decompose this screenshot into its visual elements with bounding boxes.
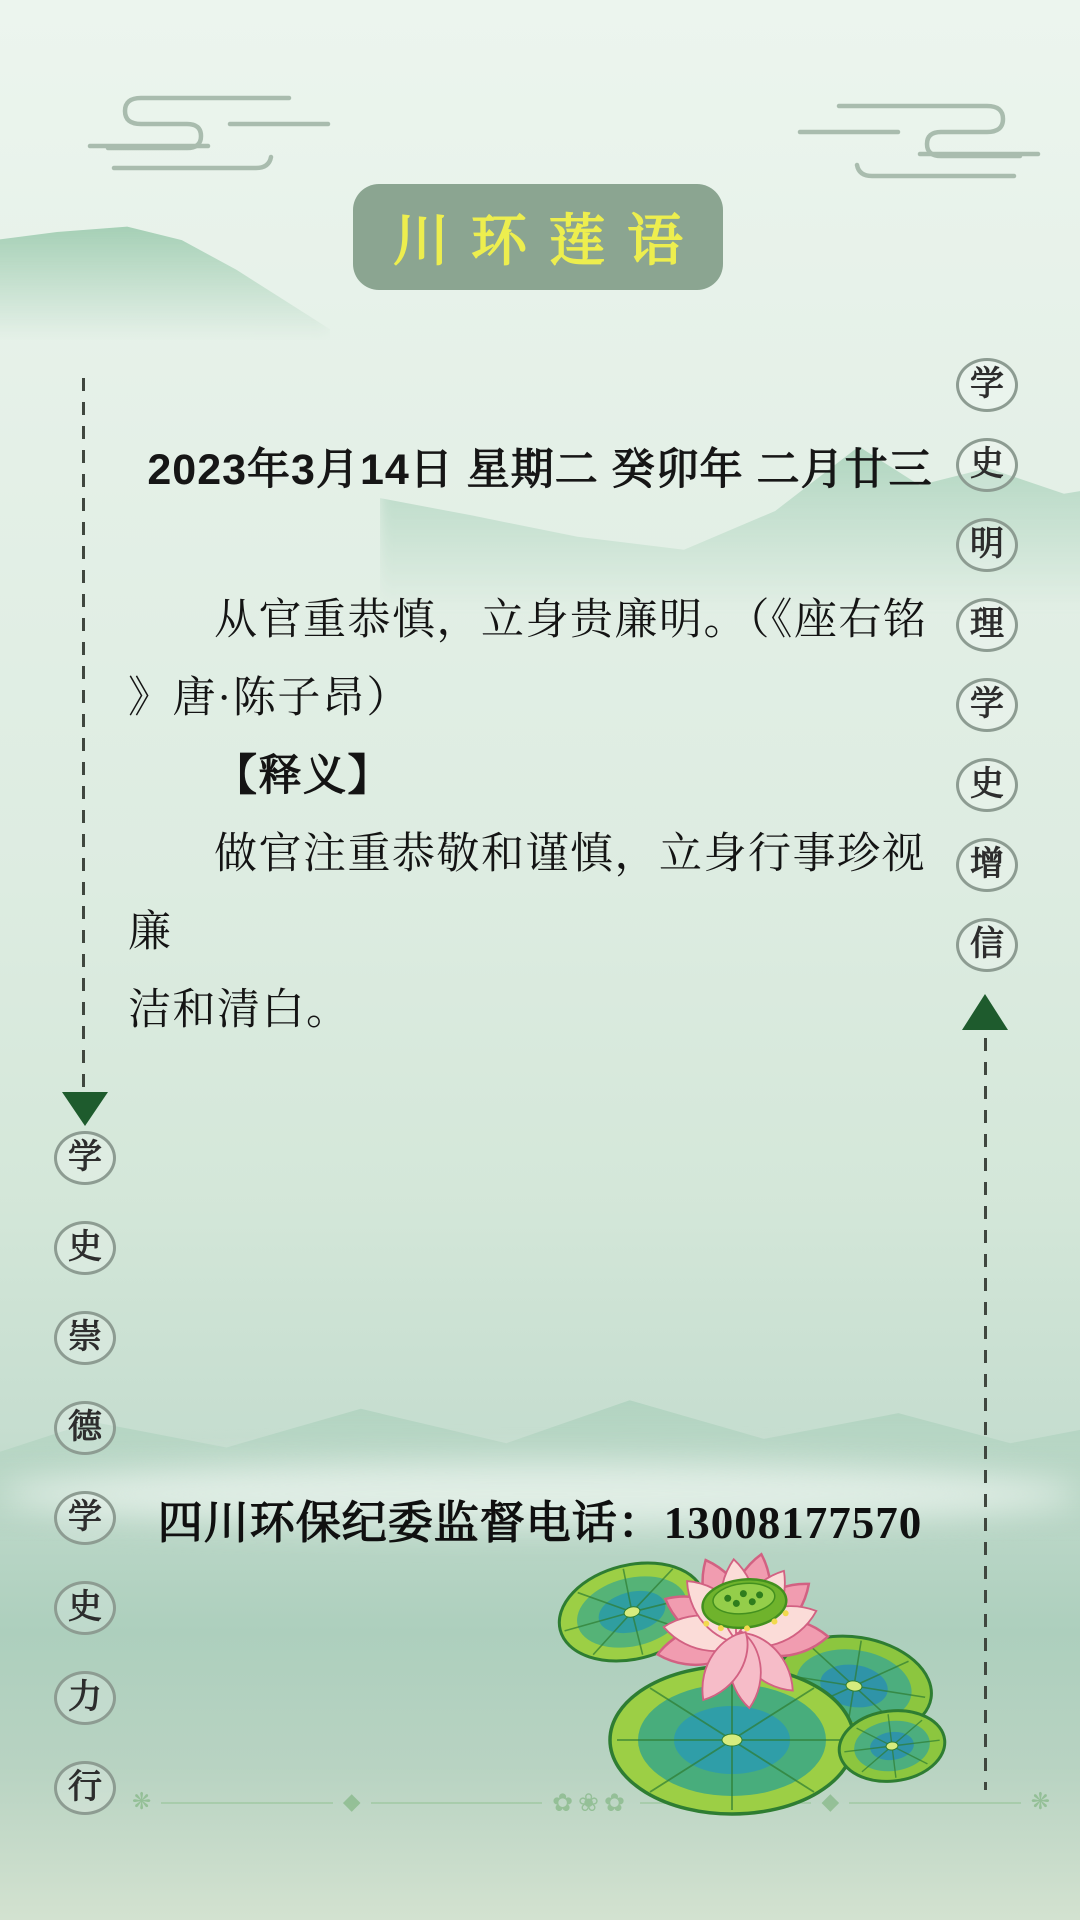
slogan-char-circle: 史	[54, 1221, 116, 1275]
dashed-line-right	[984, 1038, 987, 1790]
divider-line	[371, 1802, 543, 1804]
slogan-char: 崇	[68, 1321, 102, 1355]
quote-line-2: 》唐·陈子昂）	[128, 660, 944, 738]
slogan-char-circle: 行	[54, 1761, 116, 1815]
slogan-char: 史	[68, 1231, 102, 1265]
flourish-icon: ❋	[1021, 1791, 1060, 1814]
section-label: 【释义】	[128, 738, 944, 816]
slogan-char: 力	[68, 1681, 102, 1715]
title-badge: 川环莲语	[353, 184, 723, 290]
explanation-line-1: 做官注重恭敬和谨慎，立身行事珍视廉	[128, 816, 944, 972]
slogan-char: 史	[970, 448, 1004, 482]
arrow-down-icon	[62, 1092, 108, 1126]
date-line: 2023年3月14日 星期二 癸卯年 二月廿三	[0, 436, 1080, 497]
slogan-char-circle: 明	[956, 518, 1018, 572]
explanation-line-2: 洁和清白。	[128, 972, 944, 1050]
title-badge-text: 川环莲语	[371, 197, 705, 277]
quote-line-1: 从官重恭慎，立身贵廉明。（《座右铭	[128, 582, 944, 660]
slogan-char: 学	[970, 688, 1004, 722]
cloud-motif-icon	[84, 86, 336, 178]
slogan-char-circle: 理	[956, 598, 1018, 652]
slogan-char-circle: 史	[956, 758, 1018, 812]
flourish-icon: ❋	[122, 1791, 161, 1814]
arrow-up-icon	[962, 994, 1008, 1030]
poster-canvas: 川环莲语 2023年3月14日 星期二 癸卯年 二月廿三 从官重恭慎，立身贵廉明…	[0, 0, 1080, 1920]
divider-line	[161, 1802, 333, 1804]
lotus-leaf	[610, 1666, 854, 1814]
slogan-char-circle: 增	[956, 838, 1018, 892]
slogan-char: 行	[68, 1771, 102, 1805]
quote-block: 从官重恭慎，立身贵廉明。（《座右铭 》唐·陈子昂） 【释义】 做官注重恭敬和谨慎…	[128, 582, 944, 1050]
slogan-char: 学	[970, 368, 1004, 402]
slogan-char-circle: 史	[956, 438, 1018, 492]
left-slogan-column: 学 史 崇 德 学 史 力 行	[54, 1131, 116, 1815]
slogan-char-circle: 学	[956, 678, 1018, 732]
right-slogan-column: 学 史 明 理 学 史 增 信	[956, 358, 1018, 972]
slogan-char-circle: 信	[956, 918, 1018, 972]
slogan-char-circle: 史	[54, 1581, 116, 1635]
slogan-char-circle: 德	[54, 1401, 116, 1455]
cloud-motif-icon	[792, 94, 1044, 186]
slogan-char-circle: 学	[54, 1131, 116, 1185]
slogan-char-circle: 崇	[54, 1311, 116, 1365]
slogan-char-circle: 力	[54, 1671, 116, 1725]
lotus-illustration	[552, 1552, 976, 1856]
slogan-char: 理	[970, 608, 1004, 642]
slogan-char: 学	[68, 1141, 102, 1175]
slogan-char-circle: 学	[956, 358, 1018, 412]
slogan-char: 德	[68, 1411, 102, 1445]
slogan-char: 增	[970, 848, 1004, 882]
diamond-icon: ◆	[333, 1791, 371, 1814]
mountain-wash-top-left	[0, 205, 330, 340]
hotline-text: 四川环保纪委监督电话：13008177570	[0, 1486, 1080, 1551]
slogan-char: 史	[970, 768, 1004, 802]
slogan-char: 信	[970, 928, 1004, 962]
slogan-char: 史	[68, 1591, 102, 1625]
slogan-char: 明	[970, 528, 1004, 562]
